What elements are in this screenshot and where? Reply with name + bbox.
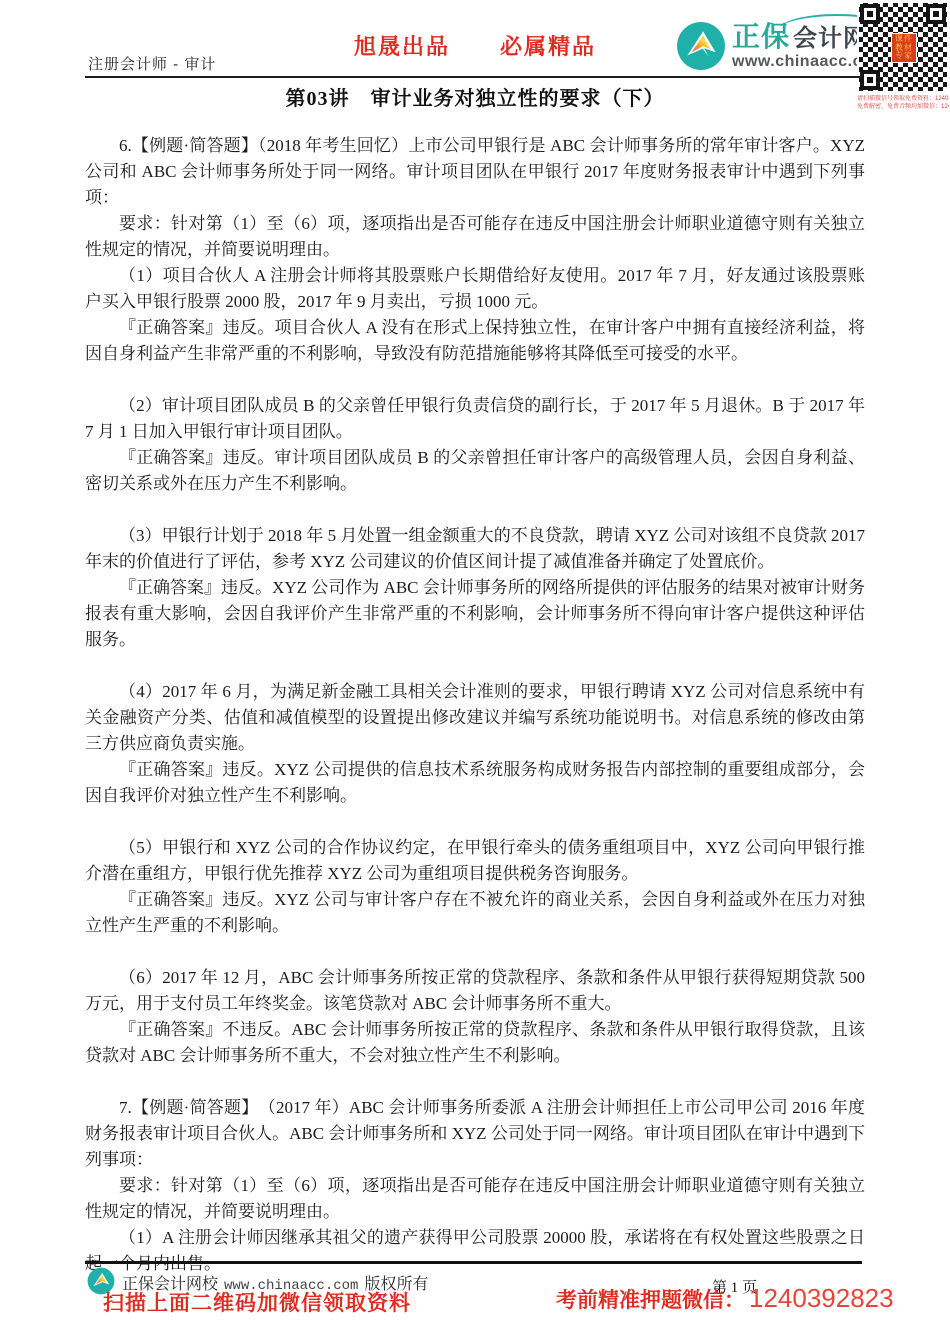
- slogan-left: 旭晟出品: [354, 30, 450, 61]
- question-text: （3）甲银行计划于 2018 年 5 月处置一组金额重大的不良贷款，聘请 XYZ…: [85, 523, 865, 575]
- q6-item-3: （3）甲银行计划于 2018 年 5 月处置一组金额重大的不良贷款，聘请 XYZ…: [85, 523, 865, 653]
- answer-text: 『正确答案』违反。项目合伙人 A 没有在形式上保持独立性，在审计客户中拥有直接经…: [85, 315, 865, 367]
- document-page: 旭晟出品 必属精品 注册会计师 - 审计 正保: [0, 0, 950, 1344]
- question-text: （4）2017 年 6 月，为满足新金融工具相关会计准则的要求，甲银行聘请 XY…: [85, 679, 865, 757]
- wechat-promo-label: 考前精准押题微信：: [556, 1284, 745, 1314]
- answer-text: 『正确答案』不违反。ABC 会计师事务所按正常的贷款程序、条款和条件从甲银行取得…: [85, 1017, 865, 1069]
- qr-captions: 请扫描微信号领取免费资料：1240392823 免费解密，免费音频均加微信：12…: [857, 95, 949, 111]
- q7-item-1-question: （1）A 注册会计师因继承其祖父的遗产获得甲公司股票 20000 股，承诺将在有…: [85, 1225, 865, 1277]
- q7-intro: 7.【例题·简答题】 （2017 年）ABC 会计师事务所委派 A 注册会计师担…: [85, 1095, 865, 1173]
- qr-caption-line2: 免费解密，免费音频均加微信：1240392823: [857, 103, 949, 111]
- qr-finder-icon: [860, 4, 880, 24]
- slogan-right: 必属精品: [500, 30, 596, 61]
- page-title: 第03讲 审计业务对独立性的要求（下）: [85, 82, 865, 111]
- wechat-promo-number: 1240392823: [749, 1283, 894, 1314]
- q7-requirement: 要求：针对第（1）至（6）项，逐项指出是否可能存在违反中国注册会计师职业道德守则…: [85, 1173, 865, 1225]
- qr-caption-line1: 请扫描微信号领取免费资料：1240392823: [857, 95, 949, 103]
- qr-finder-icon: [926, 4, 946, 24]
- question-text: （5）甲银行和 XYZ 公司的合作协议约定，在甲银行牵头的债务重组项目中，XYZ…: [85, 835, 865, 887]
- course-label: 注册会计师 - 审计: [88, 53, 216, 74]
- q6-intro: 6.【例题·简答题】（2018 年考生回忆）上市公司甲银行是 ABC 会计师事务…: [85, 133, 865, 211]
- q6-item-4: （4）2017 年 6 月，为满足新金融工具相关会计准则的要求，甲银行聘请 XY…: [85, 679, 865, 809]
- q6-item-2: （2）审计项目团队成员 B 的父亲曾任甲银行负责信贷的副行长，于 2017 年 …: [85, 393, 865, 497]
- answer-text: 『正确答案』违反。XYZ 公司作为 ABC 会计师事务所的网络所提供的评估服务的…: [85, 575, 865, 653]
- qr-center-seal: 课件教材专家: [891, 33, 917, 63]
- footer-scan-promo: 扫描上面二维码加微信领取资料: [103, 1287, 411, 1317]
- question-text: （1）项目合伙人 A 注册会计师将其股票账户长期借给好友使用。2017 年 7 …: [85, 263, 865, 315]
- q6-item-1: （1）项目合伙人 A 注册会计师将其股票账户长期借给好友使用。2017 年 7 …: [85, 263, 865, 367]
- q6-item-5: （5）甲银行和 XYZ 公司的合作协议约定，在甲银行牵头的债务重组项目中，XYZ…: [85, 835, 865, 939]
- footer-wechat-promo: 考前精准押题微信： 1240392823: [556, 1283, 894, 1314]
- qr-code-block: 课件教材专家 请扫描微信号领取免费资料：1240392823 免费解密，免费音频…: [857, 2, 949, 111]
- question-text: （6）2017 年 12 月，ABC 会计师事务所按正常的贷款程序、条款和条件从…: [85, 965, 865, 1017]
- q6-item-6: （6）2017 年 12 月，ABC 会计师事务所按正常的贷款程序、条款和条件从…: [85, 965, 865, 1069]
- qr-code-graphic: 课件教材专家: [858, 2, 948, 92]
- question-text: （2）审计项目团队成员 B 的父亲曾任甲银行负责信贷的副行长，于 2017 年 …: [85, 393, 865, 445]
- answer-text: 『正确答案』违反。XYZ 公司提供的信息技术系统服务构成财务报告内部控制的重要组…: [85, 757, 865, 809]
- document-body: 6.【例题·简答题】（2018 年考生回忆）上市公司甲银行是 ABC 会计师事务…: [85, 133, 865, 1277]
- q6-requirement: 要求：针对第（1）至（6）项，逐项指出是否可能存在违反中国注册会计师职业道德守则…: [85, 211, 865, 263]
- answer-text: 『正确答案』违反。审计项目团队成员 B 的父亲曾担任审计客户的高级管理人员，会因…: [85, 445, 865, 497]
- answer-text: 『正确答案』违反。XYZ 公司与审计客户存在不被允许的商业关系，会因自身利益或外…: [85, 887, 865, 939]
- header-divider: [85, 76, 862, 78]
- footer-divider: [85, 1261, 862, 1264]
- paper-plane-circle-icon: [676, 21, 726, 71]
